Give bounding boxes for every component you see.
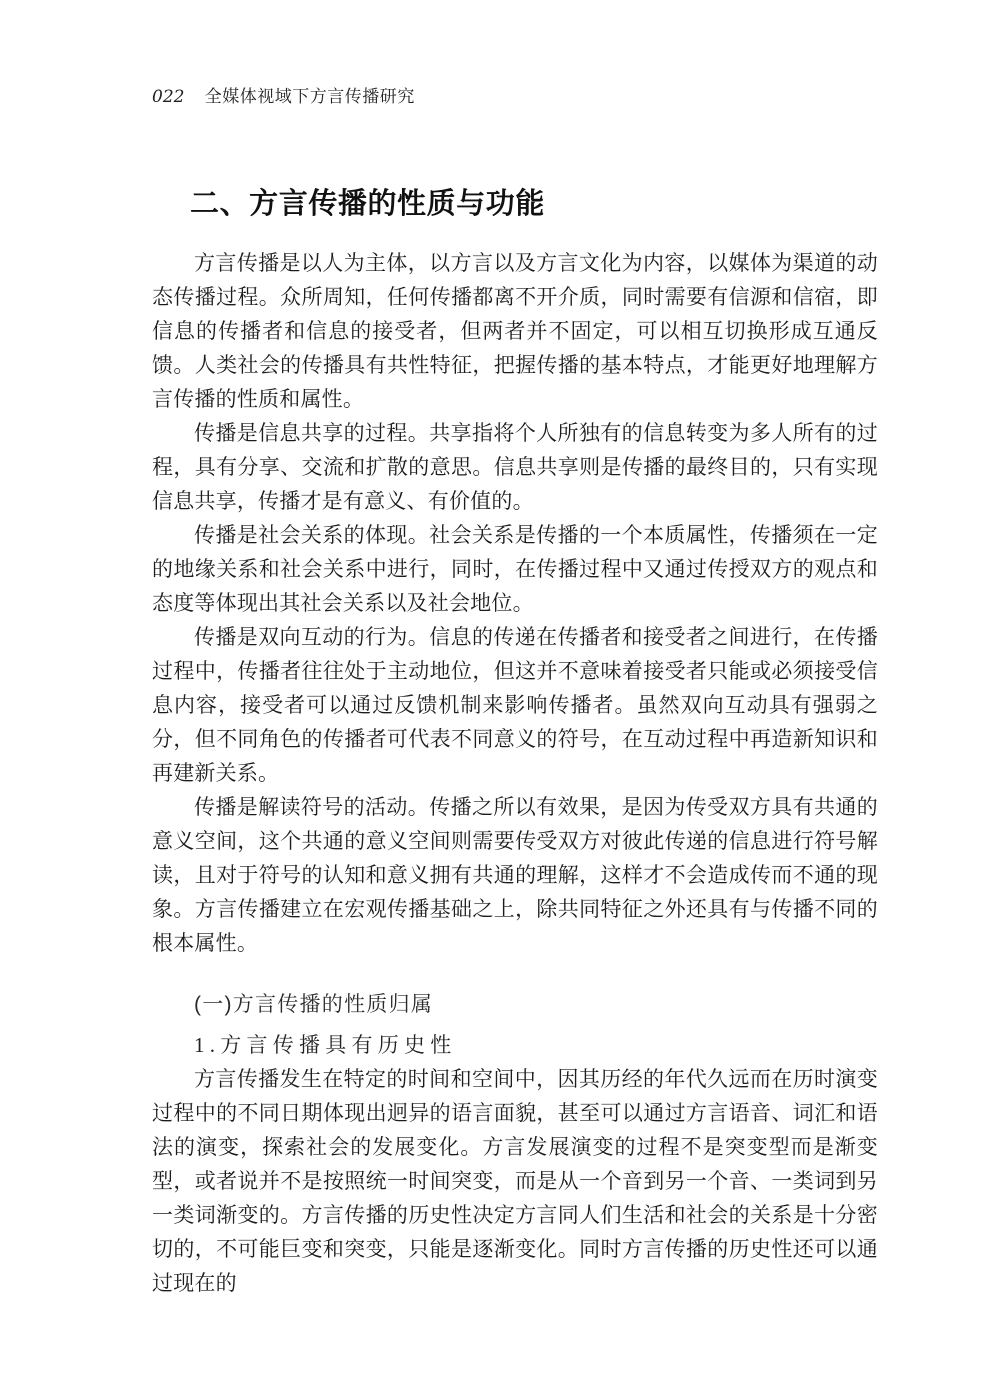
section-title: 二、方言传播的性质与功能 — [190, 186, 878, 222]
paragraph-historical-nature: 方言传播发生在特定的时间和空间中，因其历经的年代久远而在历时演变过程中的不同日期… — [152, 1062, 878, 1300]
paragraph-information-sharing: 传播是信息共享的过程。共享指将个人所独有的信息转变为多人所有的过程，具有分享、交… — [152, 416, 878, 518]
book-page: 022 全媒体视域下方言传播研究 二、方言传播的性质与功能 方言传播是以人为主体… — [0, 0, 998, 1395]
paragraph-social-relations: 传播是社会关系的体现。社会关系是传播的一个本质属性，传播须在一定的地缘关系和社会… — [152, 518, 878, 620]
paragraph-symbol-decoding: 传播是解读符号的活动。传播之所以有效果，是因为传受双方具有共通的意义空间，这个共… — [152, 790, 878, 960]
running-header: 022 全媒体视域下方言传播研究 — [152, 86, 878, 108]
paragraph-communication-definition: 方言传播是以人为主体，以方言以及方言文化为内容，以媒体为渠道的动态传播过程。众所… — [152, 246, 878, 416]
subsection-heading: (一)方言传播的性质归属 — [152, 988, 878, 1022]
running-title: 全媒体视域下方言传播研究 — [205, 87, 415, 106]
sub-subsection-heading: 1.方言传播具有历史性 — [152, 1028, 878, 1062]
paragraph-two-way-interaction: 传播是双向互动的行为。信息的传递在传播者和接受者之间进行，在传播过程中，传播者往… — [152, 620, 878, 790]
page-number: 022 — [152, 87, 184, 107]
